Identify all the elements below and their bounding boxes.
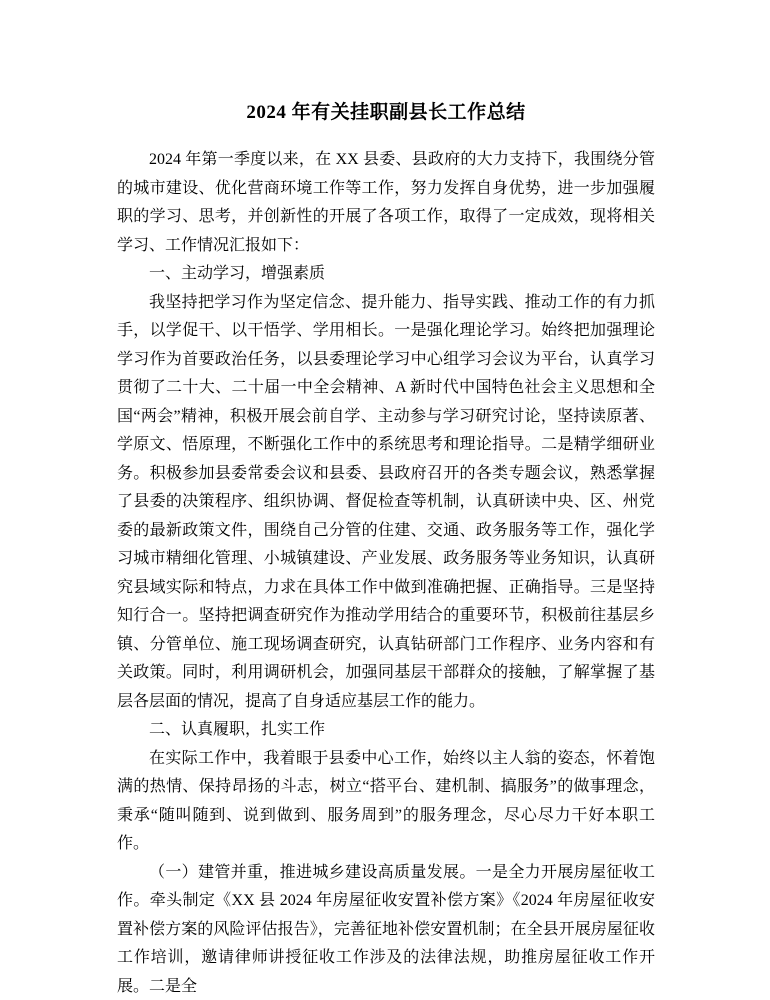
paragraph-section-2-intro: 在实际工作中，我着眼于县委中心工作，始终以主人翁的姿态，怀着饱满的热情、保持昂扬…	[117, 745, 655, 859]
document-body: 2024 年第一季度以来，在 XX 县委、县政府的大力支持下，我围绕分管的城市建…	[117, 146, 655, 1000]
document-title: 2024 年有关挂职副县长工作总结	[117, 100, 655, 126]
document-page: 2024 年有关挂职副县长工作总结 2024 年第一季度以来，在 XX 县委、县…	[0, 0, 770, 1000]
section-heading-1: 一、主动学习，增强素质	[117, 260, 655, 289]
paragraph-opening: 2024 年第一季度以来，在 XX 县委、县政府的大力支持下，我围绕分管的城市建…	[117, 146, 655, 260]
section-heading-2: 二、认真履职，扎实工作	[117, 716, 655, 745]
paragraph-subsection-housing: （一）建管并重，推进城乡建设高质量发展。一是全力开展房屋征收工作。牵头制定《XX…	[117, 859, 655, 1000]
paragraph-section-1-study: 我坚持把学习作为坚定信念、提升能力、指导实践、推动工作的有力抓手，以学促干、以干…	[117, 289, 655, 717]
